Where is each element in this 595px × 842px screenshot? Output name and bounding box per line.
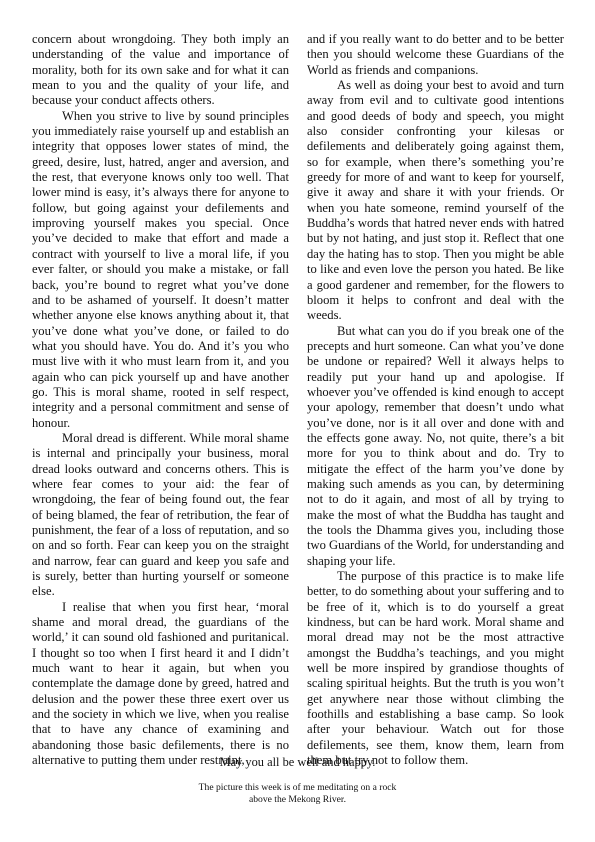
picture-caption: The picture this week is of me meditatin… [0,782,595,805]
left-column: concern about wrongdoing. They both impl… [32,32,289,769]
paragraph-confronting-defilements: As well as doing your best to avoid and … [307,78,564,324]
paragraph-purpose: The purpose of this practice is to make … [307,569,564,768]
closing-blessing: May you all be well and happy. [0,755,595,770]
caption-line-2: above the Mekong River. [0,794,595,806]
right-column: and if you really want to do better and … [307,32,564,769]
paragraph-continuation-right: and if you really want to do better and … [307,32,564,78]
paragraph-breaking-precepts: But what can you do if you break one of … [307,324,564,570]
paragraph-continuation: concern about wrongdoing. They both impl… [32,32,289,109]
caption-line-1: The picture this week is of me meditatin… [0,782,595,794]
document-page: concern about wrongdoing. They both impl… [0,0,595,842]
paragraph-guardians: I realise that when you first hear, ‘mor… [32,600,289,769]
paragraph-moral-shame: When you strive to live by sound princip… [32,109,289,431]
paragraph-moral-dread: Moral dread is different. While moral sh… [32,431,289,600]
